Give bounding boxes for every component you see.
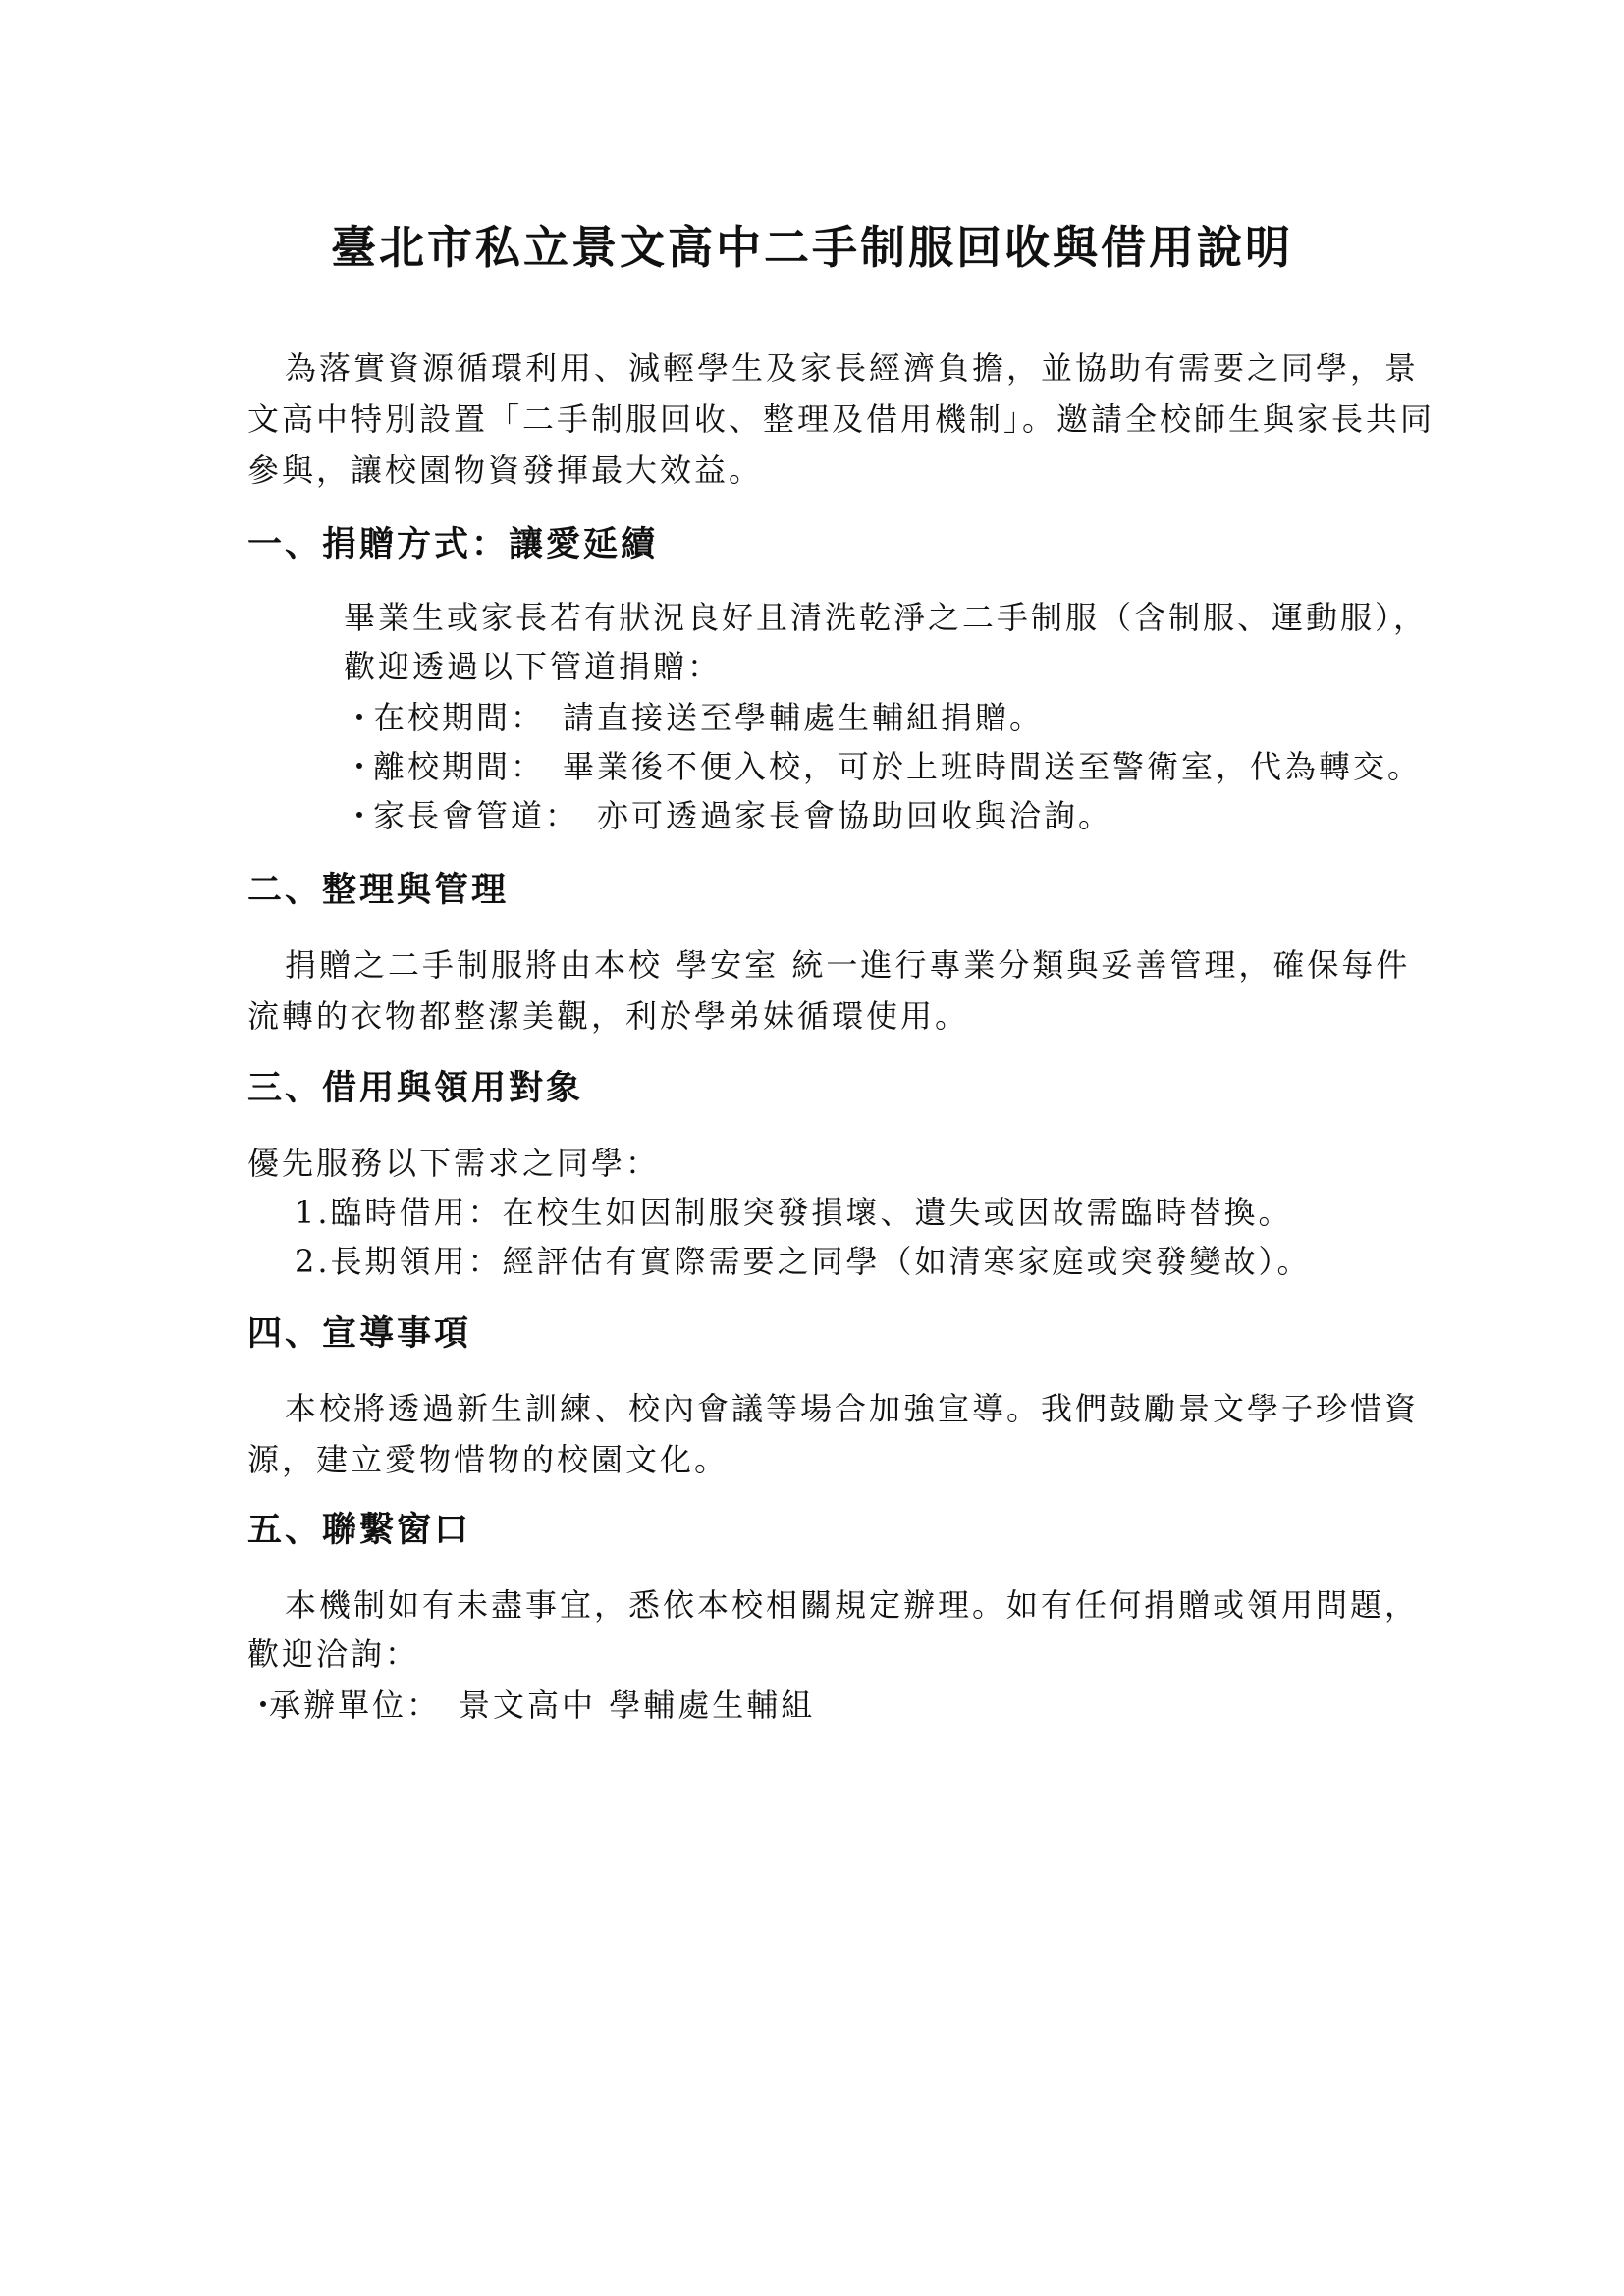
section-1-line-1: 畢業生或家長若有狀況良好且清洗乾淨之二手制服（含制服、運動服）， — [344, 593, 1428, 642]
item-number: 1. — [295, 1194, 331, 1231]
intro-line-1: 為落實資源循環利用、減輕學生及家長經濟負擔，並協助有需要之同學，景 — [285, 344, 1419, 393]
contact-label: 承辦單位： — [269, 1686, 441, 1724]
item-number: 2. — [295, 1243, 331, 1280]
section-2-heading: 二、整理與管理 — [247, 866, 509, 915]
item-label: 臨時借用： — [331, 1194, 503, 1231]
intro-line-2: 文高中特別設置「二手制服回收、整理及借用機制」。邀請全校師生與家長共同 — [247, 395, 1435, 444]
section-1-bullet-3: ・家長會管道：亦可透過家長會協助回收與洽詢。 — [344, 791, 1112, 840]
bullet-label: 離校期間： — [373, 748, 545, 785]
section-4-heading: 四、宣導事項 — [247, 1309, 471, 1359]
section-1-line-2: 歡迎透過以下管道捐贈： — [344, 642, 722, 691]
bullet-icon: ・ — [344, 742, 373, 791]
section-5-contact: ・承辦單位：景文高中 學輔處生輔組 — [247, 1681, 815, 1730]
section-2-line-1: 捐贈之二手制服將由本校 學安室 統一進行專業分類與妥善管理，確保每件 — [285, 940, 1410, 989]
item-label: 長期領用： — [331, 1243, 503, 1280]
section-3-item-1: 1.臨時借用：在校生如因制服突發損壞、遺失或因故需臨時替換。 — [295, 1188, 1293, 1237]
bullet-label: 在校期間： — [373, 699, 545, 736]
contact-text: 景文高中 學輔處生輔組 — [459, 1686, 815, 1724]
section-4-line-1: 本校將透過新生訓練、校內會議等場合加強宣導。我們鼓勵景文學子珍惜資 — [285, 1384, 1419, 1433]
section-2-line-2: 流轉的衣物都整潔美觀，利於學弟妹循環使用。 — [247, 991, 969, 1041]
section-3-lead: 優先服務以下需求之同學： — [247, 1139, 660, 1188]
section-3-heading: 三、借用與領用對象 — [247, 1064, 583, 1113]
section-1-heading: 一、捐贈方式：讓愛延續 — [247, 520, 658, 569]
item-text: 經評估有實際需要之同學（如清寒家庭或突發變故）。 — [503, 1243, 1312, 1280]
section-4-line-2: 源，建立愛物惜物的校園文化。 — [247, 1435, 729, 1484]
bullet-icon: ・ — [247, 1681, 269, 1730]
intro-line-3: 參與，讓校園物資發揮最大效益。 — [247, 446, 763, 495]
bullet-icon: ・ — [344, 693, 373, 742]
bullet-label: 家長會管道： — [373, 797, 579, 834]
bullet-text: 畢業後不便入校，可於上班時間送至警衛室，代為轉交。 — [563, 748, 1422, 785]
document-title: 臺北市私立景文高中二手制服回收與借用說明 — [0, 218, 1624, 277]
document-page: 臺北市私立景文高中二手制服回收與借用說明 為落實資源循環利用、減輕學生及家長經濟… — [0, 0, 1624, 2296]
bullet-text: 亦可透過家長會協助回收與洽詢。 — [597, 797, 1112, 834]
section-5-line-2: 歡迎洽詢： — [247, 1629, 419, 1679]
bullet-text: 請直接送至學輔處生輔組捐贈。 — [563, 699, 1044, 736]
item-text: 在校生如因制服突發損壞、遺失或因故需臨時替換。 — [503, 1194, 1293, 1231]
section-1-bullet-1: ・在校期間：請直接送至學輔處生輔組捐贈。 — [344, 693, 1044, 742]
section-5-line-1: 本機制如有未盡事宜，悉依本校相關規定辦理。如有任何捐贈或領用問題， — [285, 1580, 1419, 1629]
section-3-item-2: 2.長期領用：經評估有實際需要之同學（如清寒家庭或突發變故）。 — [295, 1237, 1312, 1286]
bullet-icon: ・ — [344, 791, 373, 840]
section-5-heading: 五、聯繫窗口 — [247, 1506, 471, 1555]
section-1-bullet-2: ・離校期間：畢業後不便入校，可於上班時間送至警衛室，代為轉交。 — [344, 742, 1422, 791]
